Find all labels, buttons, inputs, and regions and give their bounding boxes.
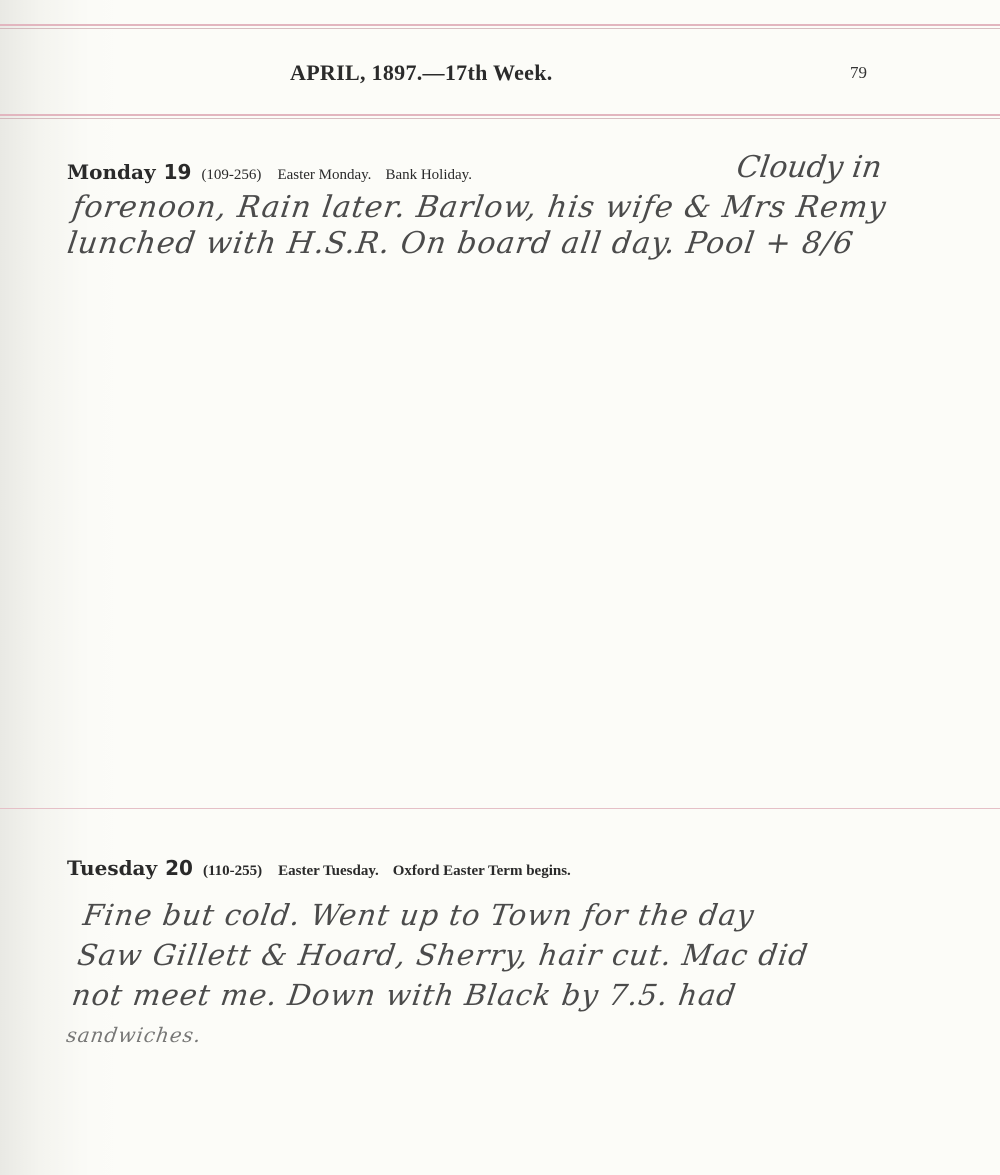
tuesday-heading: Tuesday 20 (110-255) Easter Tuesday. Oxf… [67,856,571,880]
printed-note-easter-tuesday: Easter Tuesday. [278,863,379,879]
handwriting-line: Saw Gillett & Hoard, Sherry, hair cut. M… [75,935,811,975]
printed-note-oxford-term: Oxford Easter Term begins. [393,863,571,879]
day-divider-rule [0,808,1000,809]
handwriting-line: forenoon, Rain later. Barlow, his wife &… [70,190,889,226]
header-bottom-rule [0,114,1000,116]
diary-page: APRIL, 1897.—17th Week. 79 Monday 19 (10… [0,0,1000,1175]
printed-note-bank-holiday: Bank Holiday. [385,167,472,183]
day-name: Monday [67,160,156,184]
monday-handwriting-inline: Cloudy in [735,150,884,185]
page-number: 79 [850,63,867,83]
day-number: 20 [165,856,193,880]
day-name: Tuesday [67,856,157,880]
handwriting-line: lunched with H.S.R. On board all day. Po… [65,226,884,262]
page-header-title: APRIL, 1897.—17th Week. [290,60,553,86]
tuesday-handwritten-entry: Fine but cold. Went up to Town for the d… [64,895,817,1055]
handwriting-line: Fine but cold. Went up to Town for the d… [81,895,817,935]
header-top-rule [0,24,1000,26]
monday-handwritten-entry: forenoon, Rain later. Barlow, his wife &… [65,190,889,262]
handwriting-line: sandwiches. [64,1015,800,1055]
day-count: (109-256) [201,167,261,183]
day-count: (110-255) [203,863,262,879]
printed-note-easter-monday: Easter Monday. [277,167,371,183]
day-number: 19 [164,160,192,184]
monday-heading: Monday 19 (109-256) Easter Monday. Bank … [67,160,472,184]
handwriting-line: not meet me. Down with Black by 7.5. had [69,975,805,1015]
